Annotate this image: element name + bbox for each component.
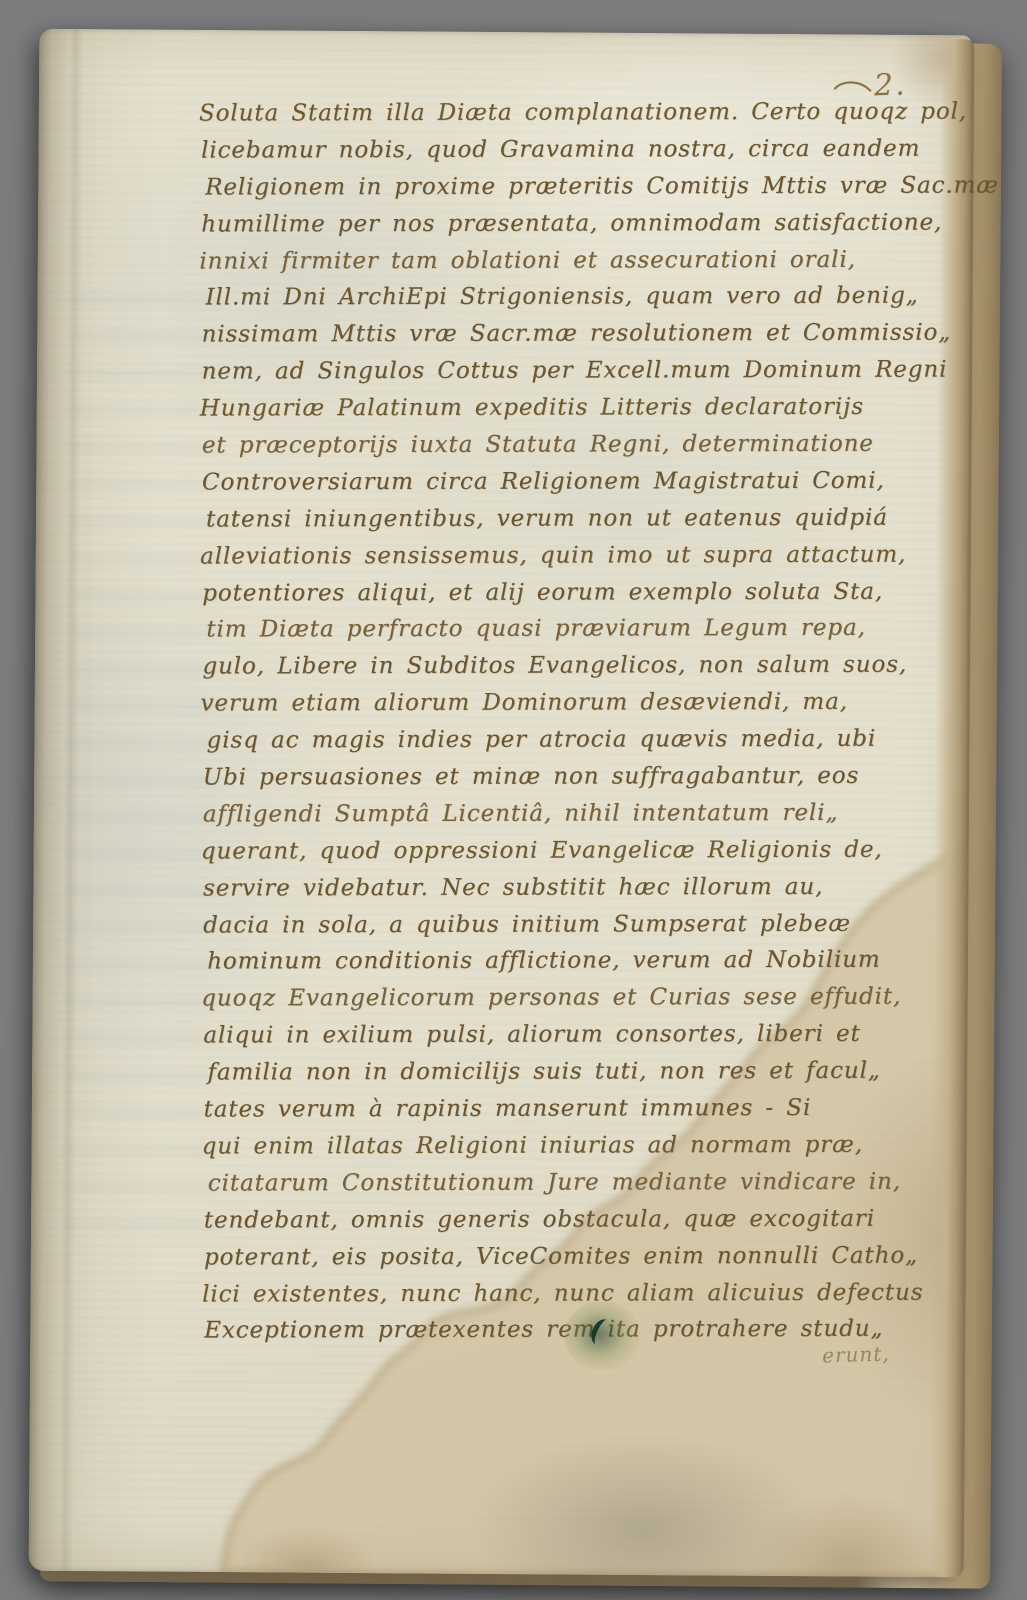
manuscript-page: 2. Soluta Statim illa Diæta complanation… [29, 29, 972, 1577]
manuscript-line: qui enim illatas Religioni iniurias ad n… [202, 1126, 952, 1165]
manuscript-line: humillime per nos præsentata, omnimodam … [201, 204, 949, 243]
manuscript-line: querant, quod oppressioni Evangelicæ Rel… [201, 831, 951, 870]
manuscript-line: gisq ac magis indies per atrocia quævis … [207, 721, 951, 760]
manuscript-line: citatarum Constitutionum Jure mediante v… [208, 1163, 952, 1202]
ink-blot [564, 1300, 640, 1371]
manuscript-line: Soluta Statim illa Diæta complanationem.… [199, 94, 949, 133]
manuscript-line: servire videbatur. Nec substitit hæc ill… [203, 868, 951, 907]
manuscript-line: Ill.mi Dni ArchiEpi Strigoniensis, quam … [205, 278, 949, 317]
manuscript-line: Controversiarum circa Religionem Magistr… [202, 462, 950, 501]
manuscript-line: innixi firmiter tam oblationi et assecur… [199, 241, 949, 280]
manuscript-photo: 2. Soluta Statim illa Diæta complanation… [0, 0, 1027, 1600]
manuscript-line: lici existentes, nunc hanc, nunc aliam a… [202, 1274, 952, 1313]
manuscript-line: aliqui in exilium pulsi, aliorum consort… [203, 1016, 951, 1055]
catchword: erunt, [822, 1342, 890, 1368]
manuscript-line: alleviationis sensissemus, quin imo ut s… [200, 536, 950, 575]
manuscript-line: nem, ad Singulos Cottus per Excell.mum D… [202, 352, 950, 391]
manuscript-line: poterant, eis posita, ViceComites enim n… [204, 1237, 952, 1276]
manuscript-line: hominum conditionis afflictione, verum a… [207, 942, 951, 981]
manuscript-line: quoqz Evangelicorum personas et Curias s… [201, 979, 951, 1018]
manuscript-line: verum etiam aliorum Dominorum desæviendi… [200, 684, 950, 723]
manuscript-line: et præceptorijs iuxta Statuta Regni, det… [202, 426, 950, 465]
manuscript-line: tates verum à rapinis manserunt immunes … [204, 1090, 952, 1129]
manuscript-line: licebamur nobis, quod Gravamina nostra, … [201, 130, 949, 169]
manuscript-line: affligendi Sumptâ Licentiâ, nihil intent… [203, 794, 951, 833]
manuscript-line: dacia in sola, a quibus initium Sumpsera… [203, 905, 951, 944]
manuscript-line: Religionem in proxime præteritis Comitij… [205, 167, 949, 206]
manuscript-line: Ubi persuasiones et minæ non suffragaban… [203, 758, 951, 797]
manuscript-text: Soluta Statim illa Diæta complanationem.… [201, 94, 952, 1350]
manuscript-line: gulo, Libere in Subditos Evangelicos, no… [202, 647, 950, 686]
manuscript-line: potentiores aliqui, et alij eorum exempl… [202, 573, 950, 612]
manuscript-line: Hungariæ Palatinum expeditis Litteris de… [200, 389, 950, 428]
manuscript-line: familia non in domicilijs suis tuti, non… [207, 1053, 951, 1092]
manuscript-line: nissimam Mttis vræ Sacr.mæ resolutionem … [202, 315, 950, 354]
manuscript-line: tatensi iniungentibus, verum non ut eate… [206, 499, 950, 538]
manuscript-line: tendebant, omnis generis obstacula, quæ … [204, 1200, 952, 1239]
manuscript-line: tim Diæta perfracto quasi præviarum Legu… [206, 610, 950, 649]
